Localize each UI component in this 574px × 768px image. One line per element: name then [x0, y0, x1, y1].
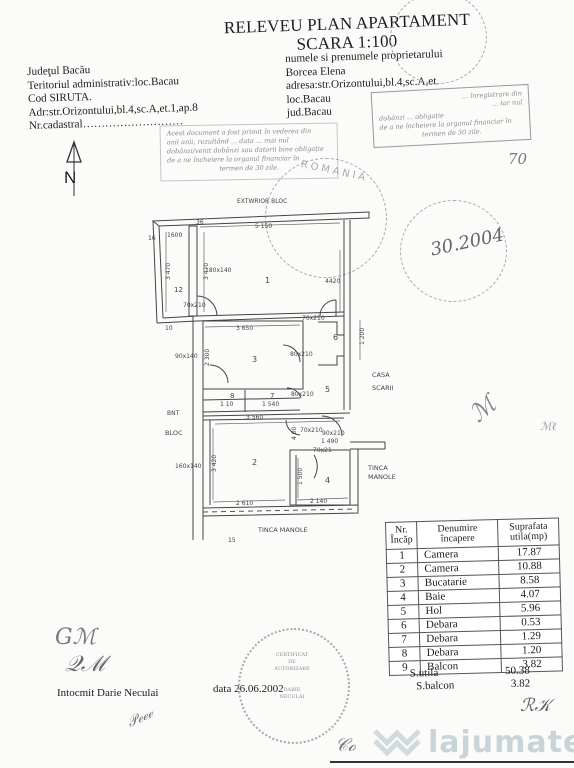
dim: 70x210 — [300, 427, 323, 434]
label-block-left-1: BNT — [167, 410, 180, 417]
dim: 3 420 — [211, 455, 218, 472]
dim: 90x140 — [175, 353, 198, 360]
dim: 2 610 — [236, 500, 253, 507]
room-number-cell: 5 — [388, 605, 420, 620]
dim: 3 560 — [246, 414, 263, 421]
label-exterior-top: EXTWRIOR BLOC — [237, 198, 287, 205]
header-room-name: Denumire încapere — [417, 520, 499, 549]
dim: 90x210 — [322, 430, 345, 437]
dim: 1 10 — [220, 401, 234, 408]
room-number-cell: 4 — [387, 591, 419, 606]
room-number-cell: 8 — [389, 647, 421, 662]
signature-scribble: ℳℓ — [540, 420, 556, 433]
label-block-left-2: BLOC — [165, 429, 183, 437]
dim: 160x140 — [175, 463, 202, 470]
room-number: 7 — [270, 392, 274, 400]
room-number: 4 — [325, 476, 330, 485]
dim: 3 470 — [165, 263, 172, 280]
signature-bottom-right: 𝒞ℴ — [335, 735, 356, 756]
watermark: lajumate.ro — [428, 725, 574, 760]
room-number: 8 — [230, 392, 234, 400]
room-number-cell: 7 — [388, 633, 420, 648]
signature-table: ℛ𝒦 — [520, 695, 551, 716]
room-number-cell: 2 — [387, 563, 419, 578]
header-area: Suprafata utila(mp) — [498, 518, 560, 547]
dim: 3 650 — [236, 325, 253, 332]
room-number: 1 — [265, 276, 270, 285]
signature-left: Gℳ — [55, 625, 96, 650]
room-number: 2 — [252, 458, 257, 467]
watermark-logo-icon — [372, 726, 422, 761]
prepared-by: Intocmit Darie Neculai — [57, 687, 158, 699]
dim: 2 300 — [204, 349, 211, 366]
dim: 10 — [165, 325, 173, 332]
dim: 1 500 — [297, 468, 304, 485]
dim: 4420 — [325, 278, 340, 285]
room-number: 5 — [325, 385, 330, 394]
dim: 36 — [196, 219, 204, 226]
room-number-cell: 6 — [388, 619, 420, 634]
label-staircase-2: SCARII — [372, 384, 394, 392]
dim: 15 — [228, 537, 236, 544]
dim: 70x21 — [313, 447, 332, 454]
dim: 2 140 — [310, 498, 327, 505]
dim: 3 470 — [203, 263, 210, 280]
dim: 5 150 — [255, 223, 272, 230]
dim: 16 — [148, 235, 156, 242]
room-number: 12 — [174, 286, 183, 294]
dim: 80x210 — [290, 351, 313, 358]
dim: 80x210 — [291, 391, 314, 398]
label-staircase-1: CASA — [372, 371, 390, 379]
dim: 1 200 — [359, 328, 366, 345]
dim: 4 00 — [291, 426, 298, 440]
room-number-cell: 3 — [387, 577, 419, 592]
dim: 1 540 — [262, 401, 279, 408]
cadastre-seal-text: CERTIFICAT DE AUTORIZARE DARIE NECULAI — [255, 652, 329, 701]
dim: 70x210 — [302, 315, 325, 322]
label-bottom: TINCA MANOLE — [257, 526, 308, 534]
header-room-number: Nr. Încăp — [386, 522, 418, 550]
label-right-1: TINCA — [367, 464, 388, 472]
dim: 70x210 — [183, 302, 206, 309]
label-right-2: MANOLE — [368, 473, 396, 481]
rooms-table: Nr. Încăp Denumire încapere Suprafata ut… — [385, 517, 563, 676]
room-number: 3 — [252, 355, 257, 364]
dim: 1600 — [167, 232, 182, 239]
room-number: 6 — [333, 333, 338, 342]
dim: 1 490 — [321, 438, 338, 445]
totals: S.utila 50.38 S.balcon 3.82 — [410, 664, 531, 693]
room-number-cell: 1 — [386, 549, 418, 564]
bottom-rule — [330, 761, 574, 763]
signature-left-2: 𝒬ℳ — [65, 652, 105, 677]
